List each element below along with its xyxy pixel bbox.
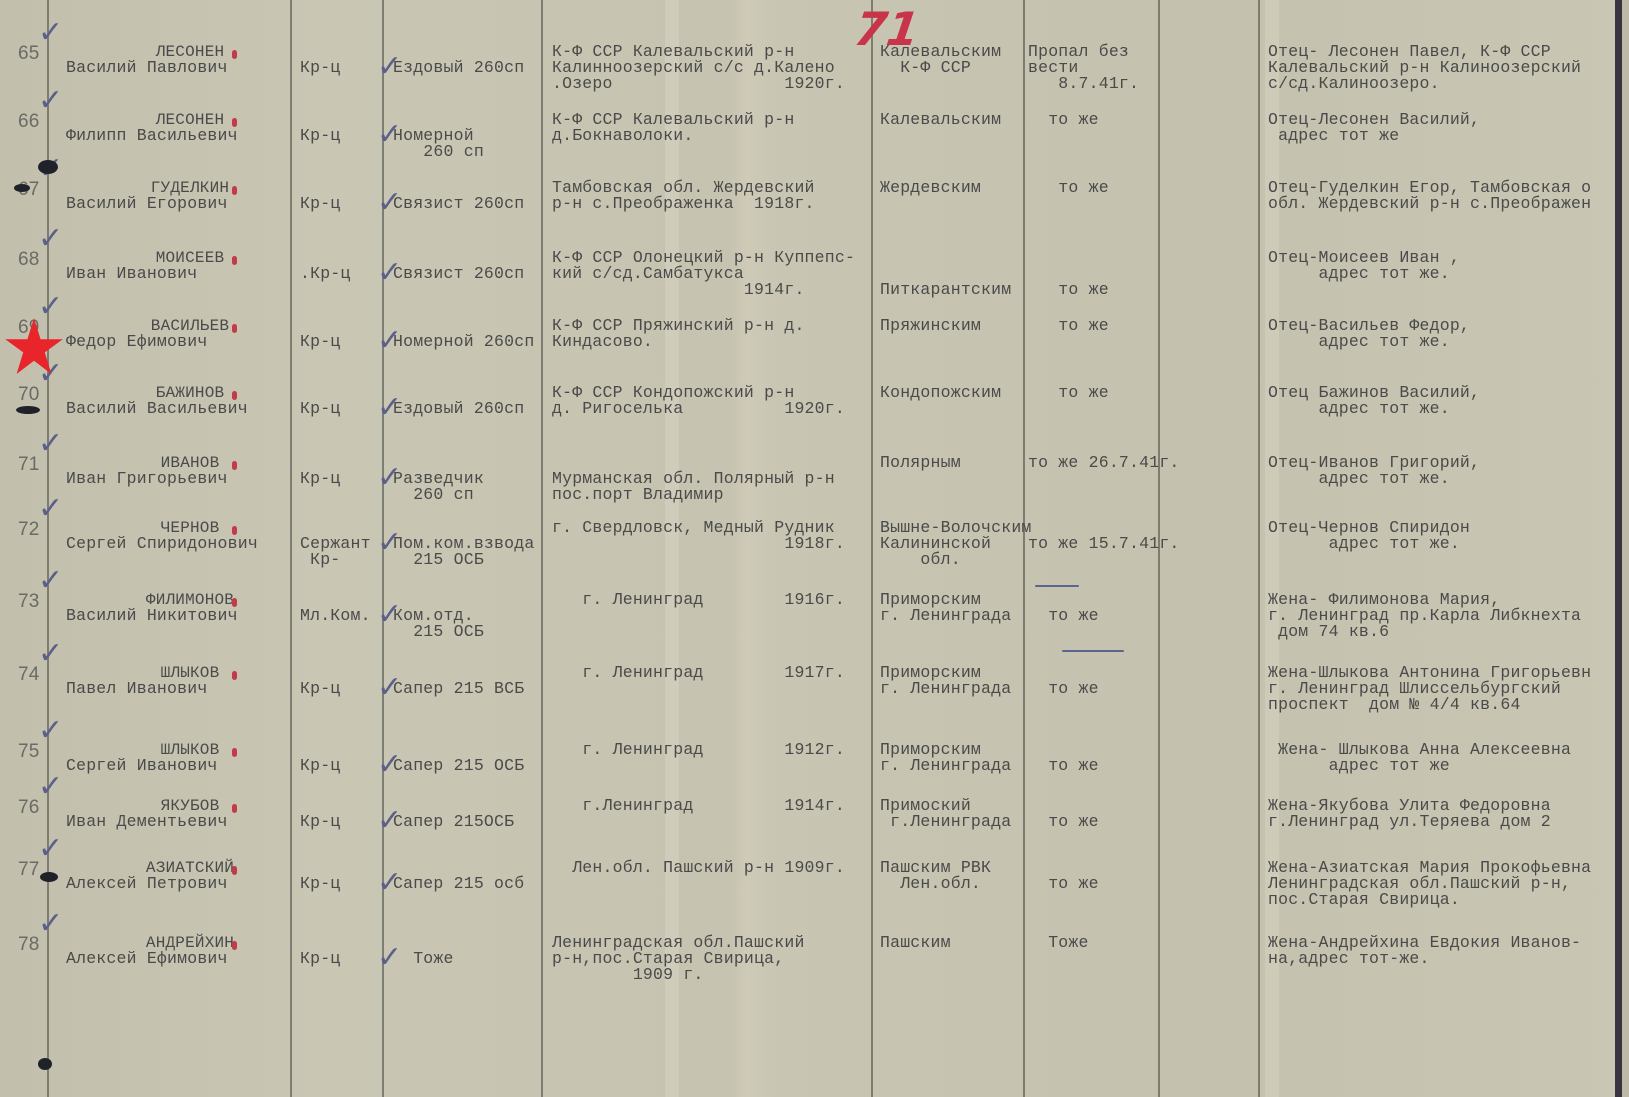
rank: Кр-ц: [300, 128, 340, 144]
checkmark-icon: ✓: [377, 393, 402, 423]
red-ink-mark: [232, 598, 237, 607]
given-name: Федор Ефимович: [66, 334, 207, 350]
checkmark-icon: ✓: [377, 868, 402, 898]
red-ink-mark: [232, 118, 237, 127]
red-ink-mark: [232, 461, 237, 470]
given-name: Василий Никитович: [66, 608, 238, 624]
position-unit: Связист 260сп: [393, 266, 524, 282]
checkmark-icon: ✓: [38, 429, 63, 459]
red-ink-mark: [232, 526, 237, 535]
conscripted-by: Калевальским: [880, 112, 1001, 128]
red-ink-mark: [232, 748, 237, 757]
given-name: Алексей Петрович: [66, 876, 228, 892]
status-date: то же: [1028, 860, 1099, 892]
checkmark-icon: ✓: [377, 52, 402, 82]
position-unit: Номерной 260сп: [393, 334, 534, 350]
red-ink-mark: [232, 50, 237, 59]
conscripted-by: Приморским г. Ленинграда: [880, 592, 1011, 624]
position-unit: Сапер 215 ОСБ: [393, 758, 524, 774]
birthplace-year: Ленинградская обл.Пашский р-н,пос.Старая…: [552, 935, 805, 983]
position-unit: Пом.ком.взвода 215 ОСБ: [393, 536, 534, 568]
given-name: Алексей Ефимович: [66, 951, 228, 967]
red-ink-mark: [232, 671, 237, 680]
column-divider: [290, 0, 292, 1097]
checkmark-icon: ✓: [38, 772, 63, 802]
checkmark-icon: ✓: [38, 86, 63, 116]
next-of-kin: Отец-Лесонен Василий, адрес тот же: [1268, 112, 1480, 144]
position-unit: Сапер 215 осб: [393, 876, 524, 892]
row-number: 72: [18, 522, 40, 538]
red-ink-mark: [232, 324, 237, 333]
checkmark-icon: ✓: [38, 834, 63, 864]
checkmark-icon: ✓: [38, 18, 63, 48]
column-divider: [1258, 0, 1260, 1097]
conscripted-by: Питкарантским: [880, 250, 1011, 298]
status-date: Пропал без вести 8.7.41г.: [1028, 44, 1139, 92]
given-name: Василий Васильевич: [66, 401, 248, 417]
red-ink-mark: [232, 866, 237, 875]
position-unit: Сапер 215ОСБ: [393, 814, 514, 830]
birthplace-year: Мурманская обл. Полярный р-н пос.порт Вл…: [552, 455, 835, 503]
checkmark-icon: ✓: [377, 463, 402, 493]
conscripted-by: Пашским РВК Лен.обл.: [880, 860, 991, 892]
status-date: то же: [1028, 180, 1109, 196]
checkmark-icon: ✓: [38, 224, 63, 254]
next-of-kin: Отец-Гуделкин Егор, Тамбовская о обл. Же…: [1268, 180, 1591, 212]
status-date: то же: [1028, 742, 1099, 774]
pencil-underline: [1062, 650, 1124, 652]
status-date: то же 26.7.41г.: [1028, 455, 1180, 471]
rank: Кр-ц: [300, 758, 340, 774]
birthplace-year: Лен.обл. Пашский р-н 1909г.: [552, 860, 845, 876]
next-of-kin: Отец- Лесонен Павел, К-Ф ССР Калевальски…: [1268, 44, 1581, 92]
pencil-underline: [1035, 585, 1079, 587]
status-date: то же: [1028, 250, 1109, 298]
conscripted-by: Примоский г.Ленинграда: [880, 798, 1011, 830]
checkmark-icon: ✓: [377, 326, 402, 356]
conscripted-by: Пряжинским: [880, 318, 981, 334]
row-number: 78: [18, 937, 40, 953]
row-number: 68: [18, 252, 40, 268]
row-number: 70: [18, 387, 40, 403]
row-number: 76: [18, 800, 40, 816]
checkmark-icon: ✓: [38, 639, 63, 669]
checkmark-icon: ✓: [38, 566, 63, 596]
birthplace-year: г. Ленинград 1917г.: [552, 665, 845, 681]
row-number: 65: [18, 46, 40, 62]
row-number: 74: [18, 667, 40, 683]
next-of-kin: Отец-Моисеев Иван , адрес тот же.: [1268, 250, 1460, 282]
checkmark-icon: ✓: [38, 909, 63, 939]
given-name: Иван Иванович: [66, 266, 197, 282]
status-date: то же: [1028, 592, 1099, 624]
conscripted-by: Пашским: [880, 935, 951, 951]
red-ink-mark: [232, 186, 237, 195]
next-of-kin: Жена-Андрейхина Евдокия Иванов- на,адрес…: [1268, 935, 1581, 967]
status-date: то же: [1028, 385, 1109, 401]
red-ink-mark: [232, 941, 237, 950]
birthplace-year: г. Свердловск, Медный Рудник 1918г.: [552, 520, 845, 552]
given-name: Сергей Иванович: [66, 758, 218, 774]
given-name: Павел Иванович: [66, 681, 207, 697]
checkmark-icon: ✓: [377, 258, 402, 288]
status-date: то же: [1028, 112, 1099, 128]
rank: Кр-ц: [300, 876, 340, 892]
conscripted-by: Вышне-Волочским Калининской обл.: [880, 520, 1032, 568]
archive-document-page: 71 65ЛЕСОНЕНВасилий ПавловичКр-цЕздовый …: [0, 0, 1622, 1097]
next-of-kin: Отец-Чернов Спиридон адрес тот же.: [1268, 520, 1470, 552]
position-unit: Сапер 215 ВСБ: [393, 681, 524, 697]
status-date: Тоже: [1028, 935, 1089, 951]
next-of-kin: Жена-Якубова Улита Федоровна г.Ленинград…: [1268, 798, 1551, 830]
row-number: 75: [18, 744, 40, 760]
rank: Кр-ц: [300, 681, 340, 697]
next-of-kin: Жена- Шлыкова Анна Алексеевна адрес тот …: [1268, 742, 1571, 774]
given-name: Василий Егорович: [66, 196, 228, 212]
row-number: 73: [18, 594, 40, 610]
birthplace-year: г.Ленинград 1914г.: [552, 798, 845, 814]
given-name: Василий Павлович: [66, 60, 228, 76]
next-of-kin: Жена-Азиатская Мария Прокофьевна Ленингр…: [1268, 860, 1591, 908]
checkmark-icon: ✓: [377, 943, 402, 973]
red-ink-mark: [232, 391, 237, 400]
checkmark-icon: ✓: [377, 750, 402, 780]
checkmark-icon: ✓: [377, 806, 402, 836]
status-date: то же: [1028, 318, 1109, 334]
rank: Кр-ц: [300, 814, 340, 830]
given-name: Иван Григорьевич: [66, 471, 228, 487]
next-of-kin: Отец Бажинов Василий, адрес тот же.: [1268, 385, 1480, 417]
given-name: Иван Дементьевич: [66, 814, 228, 830]
conscripted-by: Кондопожским: [880, 385, 1001, 401]
next-of-kin: Жена- Филимонова Мария, г. Ленинград пр.…: [1268, 592, 1581, 640]
punch-hole: [38, 1058, 52, 1070]
rank: Сержант Кр-: [300, 536, 371, 568]
red-ink-mark: [232, 804, 237, 813]
column-divider: [871, 0, 873, 1097]
page-edge: [1615, 0, 1622, 1097]
conscripted-by: Жердевским: [880, 180, 981, 196]
row-number: 77: [18, 862, 40, 878]
punch-hole: [40, 872, 58, 882]
conscripted-by: Приморским г. Ленинграда: [880, 665, 1011, 697]
checkmark-icon: ✓: [38, 494, 63, 524]
birthplace-year: К-Ф ССР Калевальский р-н д.Бокнаволоки.: [552, 112, 794, 144]
birthplace-year: г. Ленинград 1916г.: [552, 592, 845, 608]
red-ink-mark: [232, 256, 237, 265]
rank: Кр-ц: [300, 334, 340, 350]
checkmark-icon: ✓: [377, 673, 402, 703]
status-date: то же: [1028, 665, 1099, 697]
birthplace-year: г. Ленинград 1912г.: [552, 742, 845, 758]
checkmark-icon: ✓: [38, 716, 63, 746]
checkmark-icon: ✓: [377, 528, 402, 558]
punch-hole: [38, 160, 58, 174]
position-unit: Ездовый 260сп: [393, 60, 524, 76]
punch-hole: [16, 406, 40, 414]
next-of-kin: Отец-Иванов Григорий, адрес тот же.: [1268, 455, 1480, 487]
checkmark-icon: ✓: [377, 120, 402, 150]
rank: Мл.Ком.: [300, 608, 371, 624]
conscripted-by: Приморским г. Ленинграда: [880, 742, 1011, 774]
position-unit: Ком.отд. 215 ОСБ: [393, 608, 484, 640]
birthplace-year: Тамбовская обл. Жердевский р-н с.Преобра…: [552, 180, 815, 212]
status-date: то же: [1028, 798, 1099, 830]
rank: Кр-ц: [300, 471, 340, 487]
punch-hole: [14, 184, 30, 192]
column-divider: [541, 0, 543, 1097]
conscripted-by: Калевальским К-Ф ССР: [880, 44, 1001, 76]
given-name: Сергей Спиридонович: [66, 536, 258, 552]
next-of-kin: Жена-Шлыкова Антонина Григорьевн г. Лени…: [1268, 665, 1591, 713]
birthplace-year: К-Ф ССР Олонецкий р-н Куппепс- кий с/сд.…: [552, 250, 855, 298]
birthplace-year: К-Ф ССР Кондопожский р-н д. Ригоселька 1…: [552, 385, 845, 417]
rank: Кр-ц: [300, 196, 340, 212]
position-unit: Связист 260сп: [393, 196, 524, 212]
row-number: 66: [18, 114, 40, 130]
red-star-icon: [4, 318, 64, 376]
rank: .Кр-ц: [300, 266, 351, 282]
position-unit: Разведчик 260 сп: [393, 471, 484, 503]
birthplace-year: К-Ф ССР Пряжинский р-н д. Киндасово.: [552, 318, 805, 350]
next-of-kin: Отец-Васильев Федор, адрес тот же.: [1268, 318, 1470, 350]
birthplace-year: К-Ф ССР Калевальский р-н Калинноозерский…: [552, 44, 845, 92]
rank: Кр-ц: [300, 951, 340, 967]
rank: Кр-ц: [300, 401, 340, 417]
given-name: Филипп Васильевич: [66, 128, 238, 144]
row-number: 71: [18, 457, 40, 473]
status-date: то же 15.7.41г.: [1028, 520, 1180, 552]
rank: Кр-ц: [300, 60, 340, 76]
position-unit: Номерной 260 сп: [393, 128, 484, 160]
conscripted-by: Полярным: [880, 455, 961, 471]
checkmark-icon: ✓: [377, 600, 402, 630]
checkmark-icon: ✓: [377, 188, 402, 218]
position-unit: Ездовый 260сп: [393, 401, 524, 417]
